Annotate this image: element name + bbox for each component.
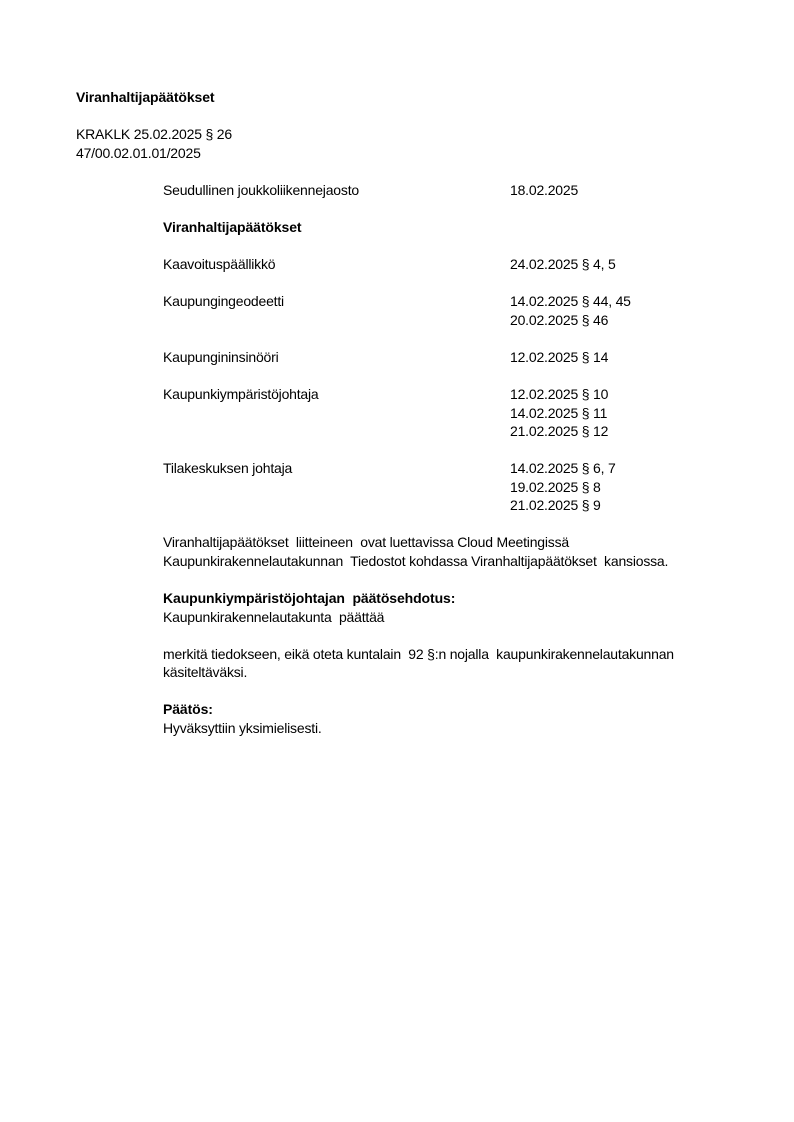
proposal-intro: Kaupunkirakennelautakunta päättää — [163, 608, 384, 627]
proposal-text: käsiteltäväksi. — [163, 663, 247, 682]
document-heading: Viranhaltijapäätökset — [76, 88, 214, 107]
entry-date: 14.02.2025 § 6, 7 — [510, 459, 616, 478]
entry-date: 14.02.2025 § 44, 45 — [510, 292, 631, 311]
entry-name: Seudullinen joukkoliikennejaosto — [163, 181, 359, 200]
entry-date: 20.02.2025 § 46 — [510, 311, 608, 330]
entry-date: 12.02.2025 § 10 — [510, 385, 608, 404]
entry-date: 19.02.2025 § 8 — [510, 478, 601, 497]
entry-name: Tilakeskuksen johtaja — [163, 459, 292, 478]
attachments-note: Kaupunkirakennelautakunnan Tiedostot koh… — [163, 552, 668, 571]
entry-name: Kaavoituspäällikkö — [163, 255, 275, 274]
decision-text: Hyväksyttiin yksimielisesti. — [163, 719, 322, 738]
entry-date: 21.02.2025 § 9 — [510, 496, 601, 515]
record-number: 47/00.02.01.01/2025 — [76, 144, 201, 163]
entry-date: 14.02.2025 § 11 — [510, 404, 607, 423]
entry-date: 21.02.2025 § 12 — [510, 422, 608, 441]
entry-date: 18.02.2025 — [510, 181, 578, 200]
entry-date: 24.02.2025 § 4, 5 — [510, 255, 616, 274]
proposal-heading: Kaupunkiympäristöjohtajan päätösehdotus: — [163, 589, 455, 608]
section-heading: Viranhaltijapäätökset — [163, 218, 301, 237]
meeting-reference: KRAKLK 25.02.2025 § 26 — [76, 125, 232, 144]
attachments-note: Viranhaltijapäätökset liitteineen ovat l… — [163, 533, 569, 552]
entry-name: Kaupunkiympäristöjohtaja — [163, 385, 319, 404]
entry-date: 12.02.2025 § 14 — [510, 348, 608, 367]
entry-name: Kaupungingeodeetti — [163, 292, 284, 311]
entry-name: Kaupungininsinööri — [163, 348, 279, 367]
decision-heading: Päätös: — [163, 700, 213, 719]
proposal-text: merkitä tiedokseen, eikä oteta kuntalain… — [163, 645, 674, 664]
